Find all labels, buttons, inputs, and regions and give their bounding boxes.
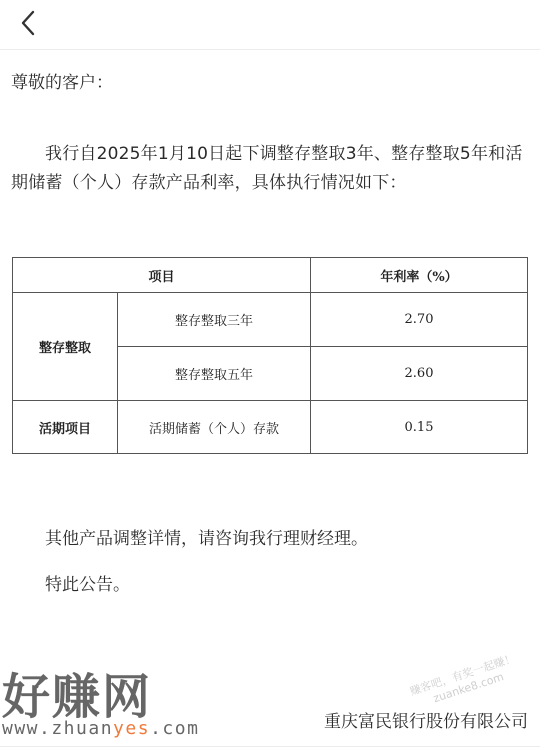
- table-row: 整存整取 整存整取三年 2.70: [13, 293, 528, 347]
- notice-body: 我行自2025年1月10日起下调整存整取3年、整存整取5年和活期储蓄（个人）存款…: [11, 140, 531, 198]
- greeting-text: 尊敬的客户：: [11, 68, 113, 93]
- watermark-url-prefix: www.zhuan: [2, 718, 113, 739]
- watermark-logo: 好赚网 www.zhuanyes.com: [2, 672, 199, 739]
- table-row: 活期项目 活期储蓄（个人）存款 0.15: [13, 401, 528, 454]
- watermark-url-suffix: .com: [150, 718, 199, 739]
- divider: [0, 746, 540, 747]
- table-header-row: 项目 年利率（%）: [13, 258, 528, 293]
- closing-text: 特此公告。: [45, 570, 130, 595]
- watermark-logo-text: 好赚网: [2, 672, 199, 722]
- chevron-left-icon: [14, 8, 44, 38]
- product-cell: 整存整取五年: [118, 347, 311, 401]
- watermark-url: www.zhuanyes.com: [2, 718, 199, 739]
- watermark-url-highlight: yes: [113, 718, 150, 739]
- product-cell: 活期储蓄（个人）存款: [118, 401, 311, 454]
- category-cell: 活期项目: [13, 401, 118, 454]
- rate-cell: 0.15: [311, 401, 528, 454]
- rate-cell: 2.70: [311, 293, 528, 347]
- category-cell: 整存整取: [13, 293, 118, 401]
- top-nav-bar: [0, 0, 540, 50]
- product-cell: 整存整取三年: [118, 293, 311, 347]
- header-rate: 年利率（%）: [311, 258, 528, 293]
- consult-note: 其他产品调整详情，请咨询我行理财经理。: [45, 524, 368, 549]
- bank-signature: 重庆富民银行股份有限公司: [324, 707, 528, 732]
- header-item: 项目: [13, 258, 311, 293]
- watermark-stamp: 赚客吧，有奖一起赚！ zuanke8.com: [408, 652, 521, 713]
- rate-cell: 2.60: [311, 347, 528, 401]
- back-button[interactable]: [14, 8, 44, 38]
- interest-rate-table: 项目 年利率（%） 整存整取 整存整取三年 2.70 整存整取五年 2.60 活…: [12, 257, 528, 454]
